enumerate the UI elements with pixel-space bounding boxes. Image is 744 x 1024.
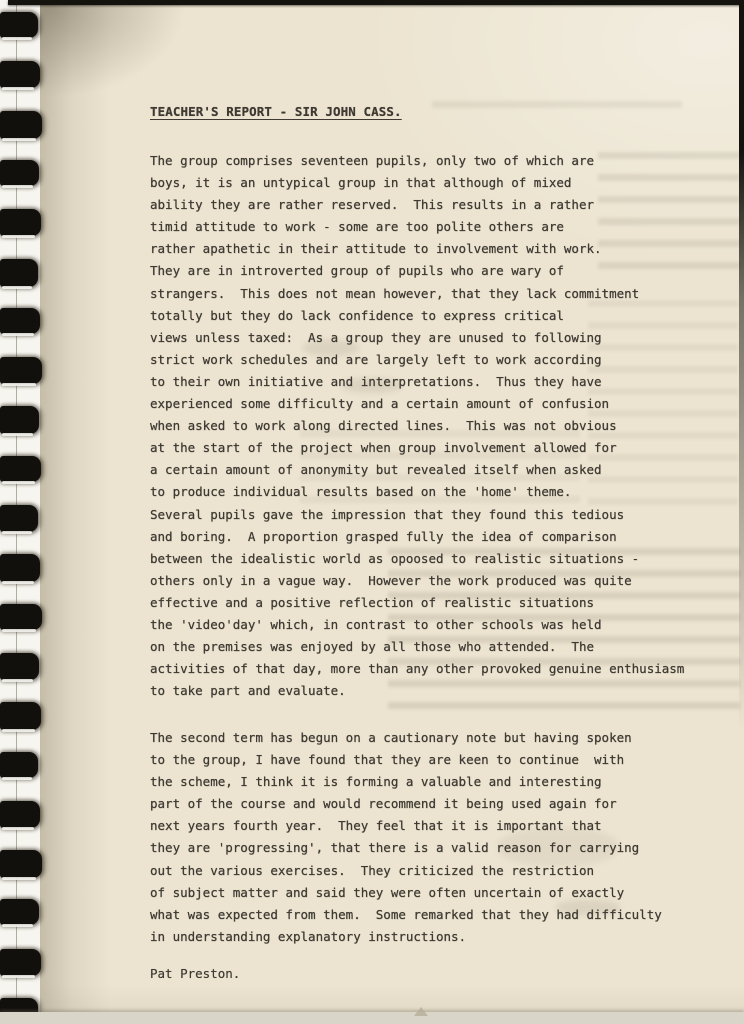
text-line: on the premises was enjoyed by all those… [150,636,684,658]
text-line: rather apathetic in their attitude to in… [150,238,684,260]
report-title: TEACHER'S REPORT - SIR JOHN CASS. [150,104,402,119]
text-line: of subject matter and said they were oft… [150,882,662,904]
scan-bottom-edge [0,1012,744,1024]
text-line: strict work schedules and are largely le… [150,349,684,371]
text-line: what was expected from them. Some remark… [150,904,662,926]
binding-tooth [0,160,39,186]
text-line: boys, it is an untypical group in that a… [150,172,684,194]
binding-tooth [0,702,41,730]
text-line: The group comprises seventeen pupils, on… [150,150,684,172]
text-line: next years fourth year. They feel that i… [150,815,662,837]
text-line: they are 'progressing', that there is a … [150,837,662,859]
binding-tooth [0,899,39,925]
text-line: out the various exercises. They criticiz… [150,860,662,882]
binding-tooth [0,554,40,582]
text-line: to produce individual results based on t… [150,481,684,503]
signature: Pat Preston. [150,963,240,985]
binding-tooth [0,801,40,828]
text-line: to the group, I have found that they are… [150,749,662,771]
text-line: the scheme, I think it is forming a valu… [150,771,662,793]
text-line: and boring. A proportion grasped fully t… [150,526,684,548]
binding-tooth [0,357,42,384]
text-line: the 'video'day' which, in contrast to ot… [150,614,684,636]
binding-tooth [0,308,40,334]
text-line: The second term has begun on a cautionar… [150,727,662,749]
scan-right-edge [739,0,744,730]
text-line: activities of that day, more than any ot… [150,658,684,680]
binding-tooth [0,653,39,680]
binding-tooth [0,209,41,236]
text-line: experienced some difficulty and a certai… [150,393,684,415]
text-line: ability they are rather reserved. This r… [150,194,684,216]
binding-tooth [0,259,38,287]
binding-tooth [0,752,38,778]
text-line: in understanding explanatory instruction… [150,926,662,948]
bleed-through-ghost [432,101,682,121]
text-line: between the idealistic world as opoosed … [150,548,684,570]
text-line: others only in a vague way. However the … [150,570,684,592]
text-line: to take part and evaluate. [150,680,684,702]
text-line: They are in introverted group of pupils … [150,260,684,282]
binding-strip [0,0,40,1024]
text-line: strangers. This does not mean however, t… [150,283,684,305]
text-line: part of the course and would recommend i… [150,793,662,815]
scan-top-edge [8,0,744,5]
paragraph: The second term has begun on a cautionar… [150,727,662,948]
binding-tooth [0,111,42,139]
binding-tooth [0,505,38,532]
binding-tooth [0,456,41,482]
binding-tooth [0,12,38,38]
text-line: views unless taxed: As a group they are … [150,327,684,349]
paragraph: The group comprises seventeen pupils, on… [150,150,684,702]
text-line: timid attitude to work - some are too po… [150,216,684,238]
binding-tooth [0,949,41,976]
binding-tooth [0,850,42,878]
binding-tooth [0,604,42,630]
text-line: to their own initiative and interpretati… [150,371,684,393]
binding-tooth [0,406,39,434]
text-line: Several pupils gave the impression that … [150,504,684,526]
text-line: at the start of the project when group i… [150,437,684,459]
text-line: when asked to work along directed lines.… [150,415,684,437]
text-line: totally but they do lack confidence to e… [150,305,684,327]
text-line: a certain amount of anonymity but reveal… [150,459,684,481]
text-line: effective and a positive reflection of r… [150,592,684,614]
binding-tooth [0,61,40,88]
scanned-page: TEACHER'S REPORT - SIR JOHN CASS. The gr… [0,0,744,1024]
